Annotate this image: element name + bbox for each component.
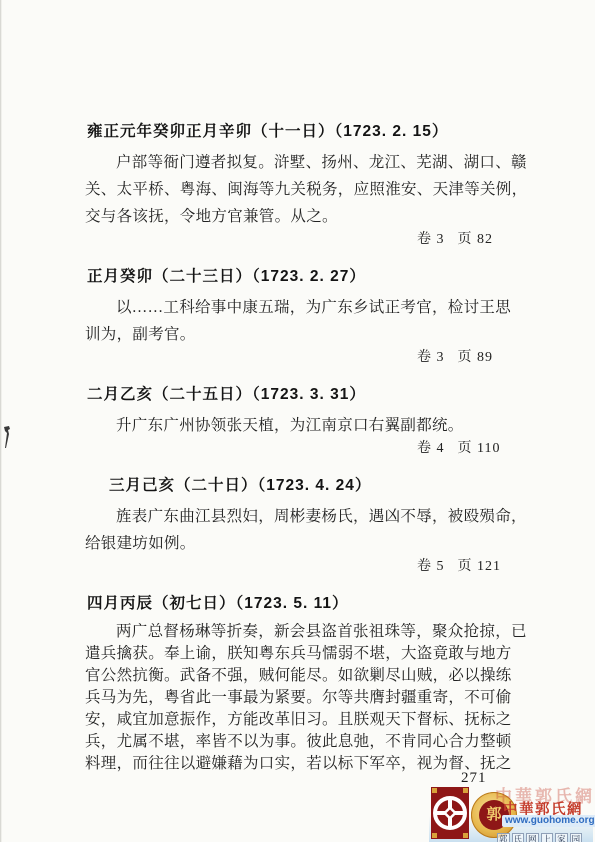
entry-body: 升广东广州协领张天植，为江南京口右翼副都统。 (85, 412, 555, 439)
entry-reference: 卷 3页 82 (85, 230, 555, 250)
scan-edge-line (0, 0, 2, 842)
entry-body-line: 安，咸宜加意振作，方能改革旧习。且朕观天下督标、抚标之 (85, 709, 555, 731)
entry-reference-volume: 卷 3 (417, 232, 445, 247)
entry-section: 三月己亥（二十日）（1723. 4. 24） 旌表广东曲江县烈妇，周彬妻杨氏，遇… (85, 473, 555, 577)
entry-body-line: 两广总督杨琳等折奏，新会县盗首张祖珠等，聚众抢掠，已 (85, 621, 555, 643)
seal-character: 郭 (486, 808, 501, 823)
entry-reference-volume: 卷 5 (417, 559, 445, 574)
entry-reference-page: 页 89 (458, 350, 494, 365)
entry-reference-volume: 卷 4 (417, 441, 445, 456)
tagline-char: 氏 (512, 833, 525, 842)
entry-body-line: 户部等衙门遵者拟复。浒墅、扬州、龙江、芜湖、湖口、赣 (85, 149, 555, 176)
page-content: 雍正元年癸卯正月辛卯（十一日）（1723. 2. 15） 户部等衙门遵者拟复。浒… (85, 119, 555, 789)
entry-body-line: 关、太平桥、粤海、闽海等九关税务，应照淮安、天津等关例， (85, 176, 555, 203)
entry-reference-volume: 卷 3 (417, 350, 445, 365)
entry-body-line: 以……工科给事中康五瑞，为广东乡试正考官，检讨王思 (85, 294, 555, 321)
entry-heading: 二月乙亥（二十五日）（1723. 3. 31） (87, 382, 555, 408)
scan-artifact-mark (3, 424, 13, 450)
square-seal (431, 787, 469, 839)
entry-reference-page: 页 110 (458, 441, 501, 456)
entry-reference: 卷 3页 89 (85, 348, 555, 368)
entry-body-line: 旌表广东曲江县烈妇，周彬妻杨氏，遇凶不辱，被殴殒命， (85, 503, 555, 530)
watermark-url: www.guohome.org (502, 815, 595, 827)
entry-body: 旌表广东曲江县烈妇，周彬妻杨氏，遇凶不辱，被殴殒命，给银建坊如例。 (85, 503, 555, 557)
entry-section: 四月丙辰（初七日）（1723. 5. 11） 两广总督杨琳等折奏，新会县盗首张祖… (85, 591, 555, 775)
watermark-tagline: 郭氏网上家园 (497, 829, 584, 842)
entry-body-line: 给银建坊如例。 (85, 530, 555, 557)
entry-body: 两广总督杨琳等折奏，新会县盗首张祖珠等，聚众抢掠，已遣兵擒获。奉上谕，朕知粤东兵… (85, 621, 555, 775)
entry-body-line: 兵马为先，粤省此一事最为紧要。尔等共膺封疆重寄，不可偷 (85, 687, 555, 709)
tagline-char: 家 (555, 833, 568, 842)
tagline-char: 郭 (497, 833, 510, 842)
entry-section: 雍正元年癸卯正月辛卯（十一日）（1723. 2. 15） 户部等衙门遵者拟复。浒… (85, 119, 555, 250)
entry-reference-page: 页 121 (458, 559, 502, 574)
entry-section: 正月癸卯（二十三日）（1723. 2. 27） 以……工科给事中康五瑞，为广东乡… (85, 264, 555, 368)
entry-reference: 卷 4页 110 (85, 439, 555, 459)
tagline-char: 园 (570, 833, 583, 842)
entry-body-line: 遣兵擒获。奉上谕，朕知粤东兵马懦弱不堪，大盗竟敢与地方 (85, 643, 555, 665)
entry-heading: 正月癸卯（二十三日）（1723. 2. 27） (87, 264, 555, 290)
entry-heading: 雍正元年癸卯正月辛卯（十一日）（1723. 2. 15） (87, 119, 555, 145)
entry-body-line: 升广东广州协领张天植，为江南京口右翼副都统。 (85, 412, 555, 439)
entry-body-line: 训为，副考官。 (85, 321, 555, 348)
tagline-char: 网 (526, 833, 539, 842)
entry-reference: 卷 5页 121 (85, 557, 555, 577)
entry-body: 以……工科给事中康五瑞，为广东乡试正考官，检讨王思训为，副考官。 (85, 294, 555, 348)
entry-heading: 三月己亥（二十日）（1723. 4. 24） (109, 473, 555, 499)
entry-body-line: 兵，尤属不堪，率皆不以为事。彼此息弛，不肯同心合力整顿 (85, 731, 555, 753)
entry-body: 户部等衙门遵者拟复。浒墅、扬州、龙江、芜湖、湖口、赣关、太平桥、粤海、闽海等九关… (85, 149, 555, 230)
entry-heading: 四月丙辰（初七日）（1723. 5. 11） (87, 591, 555, 617)
entry-body-line: 交与各该抚，令地方官兼管。从之。 (85, 203, 555, 230)
entry-reference-page: 页 82 (458, 232, 494, 247)
watermark: 郭 中華郭氏網 中華郭氏網 www.guohome.org 郭氏网上家园 (429, 782, 593, 842)
entry-body-line: 官公然抗衡。武备不强，贼何能尽。如欲剿尽山贼，必以操练 (85, 665, 555, 687)
tagline-char: 上 (541, 833, 554, 842)
entry-section: 二月乙亥（二十五日）（1723. 3. 31） 升广东广州协领张天植，为江南京口… (85, 382, 555, 459)
